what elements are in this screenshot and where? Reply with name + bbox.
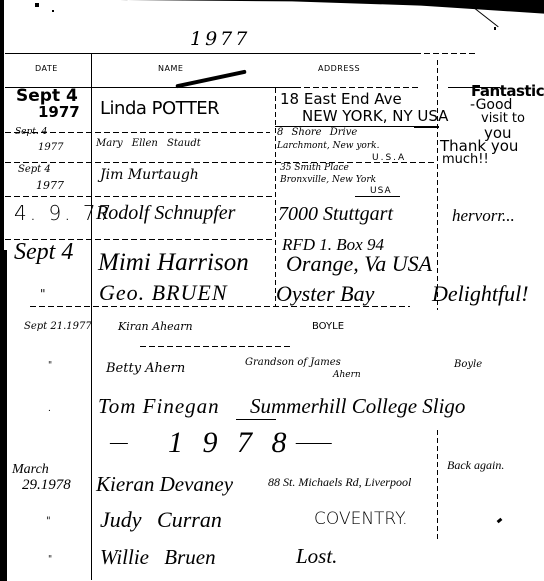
year-divider-dash-left: — [110,432,128,452]
entry-name: Betty Ahern [106,362,185,375]
remark-line: -Good [470,98,512,112]
row-rule [140,346,290,347]
ink-mark [497,518,503,524]
name-underline [236,419,276,420]
row-rule [5,162,435,163]
entry-date: Sept 4 [14,240,73,264]
column-divider-name-address [275,88,276,306]
entry-address: Summerhill College Sligo [250,396,465,417]
entry-name: Mimi Harrison [98,250,249,275]
entry-name: Tom Finegan [98,396,220,417]
entry-name: Willie Bruen [100,547,216,568]
year-divider-1978: 1 9 7 8 [168,428,293,458]
entry-name: Jim Murtaugh [100,168,199,182]
entry-name: Kiran Ahearn [118,321,193,332]
entry-address-line3: U.S.A [372,154,406,163]
entry-remarks: Back again. [447,459,504,471]
entry-date: March [12,463,49,477]
entry-remarks: hervorr... [452,207,515,224]
entry-note: Grandson of James [245,358,341,368]
remark-line: much!! [442,153,489,166]
entry-date-year: 1977 [36,180,64,191]
scan-border-left-inner [4,250,7,581]
column-header-name: NAME [158,64,183,73]
entry-date-ditto: " [48,362,52,371]
address-underline [355,196,400,197]
entry-address-line1: 18 East End Ave [280,92,402,107]
row-rule [30,306,410,307]
scan-speck [494,27,496,30]
entry-address: 88 St. Michaels Rd, Liverpool [268,476,411,488]
pen-stroke-mark [175,70,246,89]
entry-name: Mary Ellen Staudt [96,139,201,149]
year-divider-dash-right: — [296,432,332,452]
entry-address-line1: 35 Smith Place [280,164,349,173]
entry-address-line3: USA [370,187,392,196]
entry-note-line2: Ahern [333,371,361,380]
entry-address-line1: 7000 Stuttgart [278,204,393,224]
column-divider-address-remarks [437,60,438,310]
row-rule [5,196,275,197]
entry-date-year: 1977 [38,105,80,120]
scan-speck [35,3,39,7]
entry-date-year: 1977 [38,143,63,153]
entry-address-line1: 8 Shore Drive [277,128,357,138]
entry-date-ditto: " [46,517,51,527]
entry-date: Sept 21.1977 [24,322,92,332]
header-bottom-rule-dashed [295,87,420,88]
entry-name: Kieran Devaney [96,474,233,495]
address-underline [414,126,439,128]
entry-name: Geo. BRUEN [99,282,228,304]
entry-date-ditto: . [48,405,51,414]
header-top-rule [5,53,415,54]
entry-address-line2: Bronxville, New York [280,176,376,185]
scan-speck [52,10,54,12]
header-top-rule-dashed [415,53,475,54]
entry-name: Linda POTTER [100,100,219,118]
entry-address: COVENTRY. [314,511,408,528]
entry-date-year: 29.1978 [22,478,71,493]
entry-address-line2: Orange, Va USA [286,253,432,275]
entry-date-ditto: " [48,556,52,565]
entry-address: Boyle [454,360,482,370]
column-divider-address-remarks-lower [437,430,438,540]
entry-date: Sept. 4 [15,128,47,137]
entry-date-ditto: " [40,288,46,300]
column-header-address: ADDRESS [318,64,360,73]
entry-address: Lost. [296,546,337,567]
entry-name: Rodolf Schnupfer [96,203,235,223]
entry-remarks: Delightful! [432,283,529,305]
entry-date: Sept 4 [18,165,51,175]
entry-name: Judy Curran [100,509,222,531]
entry-address: BOYLE [312,322,344,332]
entry-address-line2: Larchmont, New york. [277,142,379,151]
entry-address-line1: Oyster Bay [276,283,374,305]
page-curl [460,8,499,46]
entry-address-line2: NEW YORK, NY USA [302,109,448,124]
year-heading: 1977 [190,28,250,50]
column-header-date: DATE [35,64,58,73]
